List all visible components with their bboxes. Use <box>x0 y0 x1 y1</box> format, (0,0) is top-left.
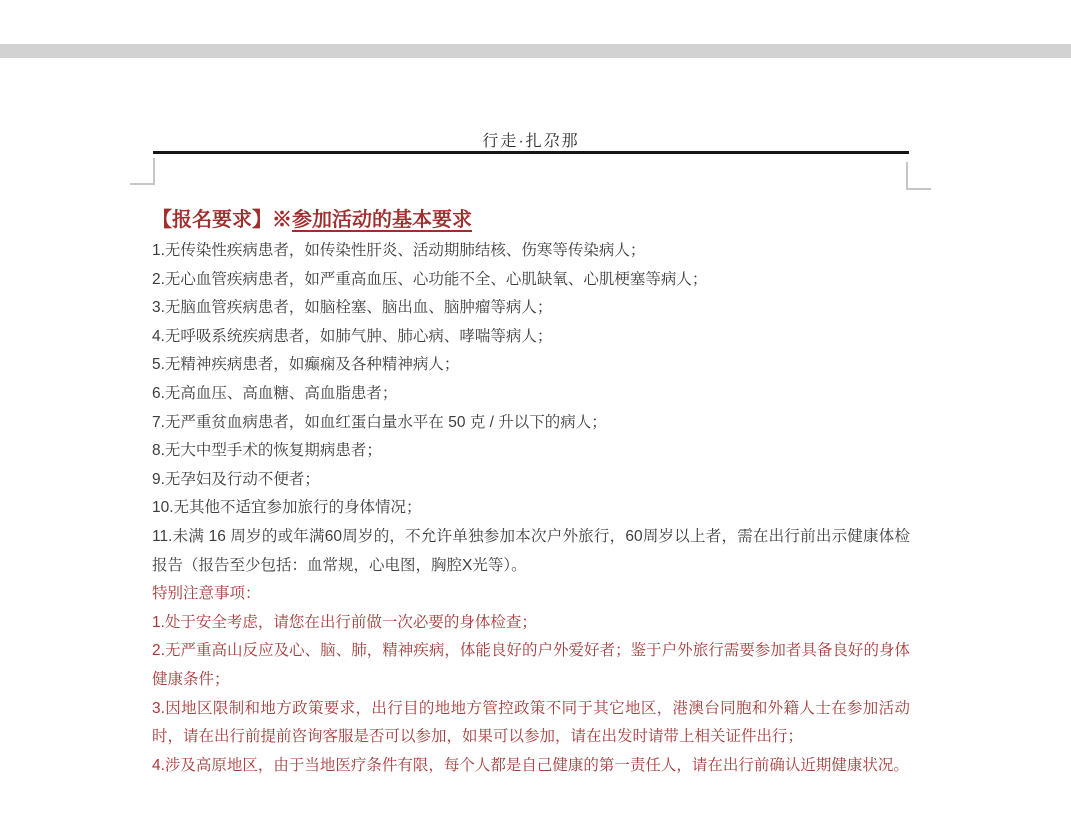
requirement-item: 7.无严重贫血病患者，如血红蛋白量水平在 50 克 / 升以下的病人； <box>152 409 910 438</box>
text-boundary-corner-left <box>130 158 155 185</box>
requirement-item: 3.无脑血管疾病患者，如脑栓塞、脑出血、脑肿瘤等病人； <box>152 294 910 323</box>
requirements-list: 1.无传染性疾病患者，如传染性肝炎、活动期肺结核、伤寒等传染病人；2.无心血管疾… <box>152 237 910 580</box>
special-notes-list: 1.处于安全考虑，请您在出行前做一次必要的身体检查；2.无严重高山反应及心、脑、… <box>152 609 910 781</box>
requirement-item: 10.无其他不适宜参加旅行的身体情况； <box>152 494 910 523</box>
section-heading-underlined: 参加活动的基本要求 <box>292 209 472 231</box>
requirement-item: 9.无孕妇及行动不便者； <box>152 466 910 495</box>
requirement-item: 4.无呼吸系统疾病患者，如肺气肿、肺心病、哮喘等病人； <box>152 323 910 352</box>
page-header-title: 行走·扎尕那 <box>153 128 909 151</box>
requirement-item: 6.无高血压、高血糖、高血脂患者； <box>152 380 910 409</box>
text-boundary-corner-right <box>906 162 931 190</box>
section-heading-marker: ※ <box>272 209 292 231</box>
special-note-item: 1.处于安全考虑，请您在出行前做一次必要的身体检查； <box>152 609 910 638</box>
special-note-item: 2.无严重高山反应及心、脑、肺，精神疾病，体能良好的户外爱好者；鉴于户外旅行需要… <box>152 637 910 694</box>
header-rule-line <box>153 151 909 154</box>
requirement-item: 11.未满 16 周岁的或年满60周岁的，不允许单独参加本次户外旅行，60周岁以… <box>152 523 910 580</box>
special-notes-label: 特别注意事项： <box>152 580 910 609</box>
document-body: 【报名要求】※参加活动的基本要求 1.无传染性疾病患者，如传染性肝炎、活动期肺结… <box>152 206 910 780</box>
requirement-item: 2.无心血管疾病患者，如严重高血压、心功能不全、心肌缺氧、心肌梗塞等病人； <box>152 266 910 295</box>
requirement-item: 5.无精神疾病患者，如癫痫及各种精神病人； <box>152 351 910 380</box>
requirement-item: 1.无传染性疾病患者，如传染性肝炎、活动期肺结核、伤寒等传染病人； <box>152 237 910 266</box>
section-heading: 【报名要求】※参加活动的基本要求 <box>152 206 910 234</box>
document-viewer: 行走·扎尕那 【报名要求】※参加活动的基本要求 1.无传染性疾病患者，如传染性肝… <box>0 0 1071 829</box>
special-note-item: 4.涉及高原地区，由于当地医疗条件有限，每个人都是自己健康的第一责任人，请在出行… <box>152 752 910 781</box>
requirement-item: 8.无大中型手术的恢复期病患者； <box>152 437 910 466</box>
window-chrome-band <box>0 44 1071 58</box>
special-note-item: 3.因地区限制和地方政策要求，出行目的地地方管控政策不同于其它地区，港澳台同胞和… <box>152 695 910 752</box>
section-heading-bracket: 【报名要求】 <box>152 209 272 231</box>
